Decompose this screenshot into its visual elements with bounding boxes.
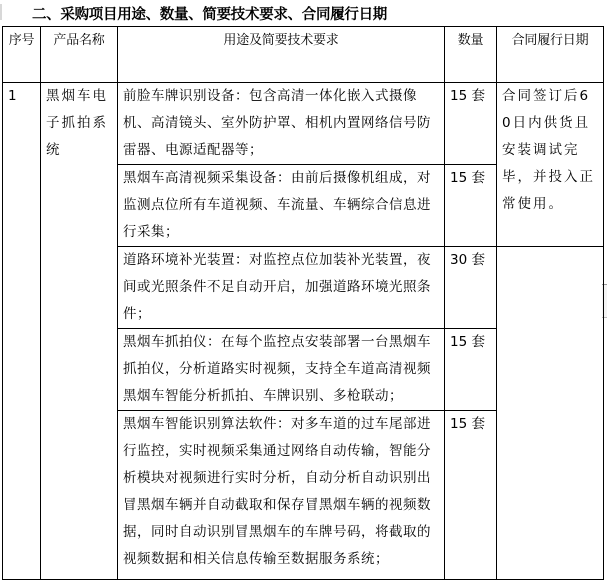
header-seq: 序号 bbox=[3, 27, 41, 83]
section-title: 二、采购项目用途、数量、简要技术要求、合同履行日期 bbox=[32, 3, 387, 24]
cell-usage: 道路环境补光装置：对监控点位加装补光装置，夜间或光照条件不足自动开启，加强道路环… bbox=[118, 247, 445, 329]
header-quantity: 数量 bbox=[445, 27, 497, 83]
cell-product-name: 黑烟车电子抓拍系统 bbox=[41, 83, 118, 580]
cell-usage: 黑烟车高清视频采集设备：由前后摄像机组成，对监测点位所有车道视频、车流量、车辆综… bbox=[118, 165, 445, 247]
cell-seq: 1 bbox=[3, 83, 41, 580]
procurement-table: 序号 产品名称 用途及简要技术要求 数量 合同履行日期 1 黑烟车电子抓拍系统 … bbox=[2, 26, 604, 580]
cell-quantity: 15 套 bbox=[445, 329, 497, 411]
cell-usage: 黑烟车智能识别算法软件：对多车道的过车尾部进行监控，实时视频采集通过网络自动传输… bbox=[118, 411, 445, 580]
cell-contract-date-continued bbox=[497, 247, 604, 580]
table-row: 1 黑烟车电子抓拍系统 前脸车牌识别设备：包含高清一体化嵌入式摄像机、高清镜头、… bbox=[3, 83, 604, 165]
cell-usage: 前脸车牌识别设备：包含高清一体化嵌入式摄像机、高清镜头、室外防护罩、相机内置网络… bbox=[118, 83, 445, 165]
cell-quantity: 15 套 bbox=[445, 165, 497, 247]
cell-usage: 黑烟车抓拍仪：在每个监控点安装部署一台黑烟车抓拍仪，分析道路实时视频，支持全车道… bbox=[118, 329, 445, 411]
margin-marker bbox=[0, 4, 2, 20]
header-product-name: 产品名称 bbox=[41, 27, 118, 83]
header-usage: 用途及简要技术要求 bbox=[118, 27, 445, 83]
cell-quantity: 15 套 bbox=[445, 411, 497, 580]
cell-quantity: 30 套 bbox=[445, 247, 497, 329]
cell-quantity: 15 套 bbox=[445, 83, 497, 165]
cell-contract-date: 合同签订后60日内供货且安装调试完毕，并投入正常使用。 bbox=[497, 83, 604, 247]
header-contract-date: 合同履行日期 bbox=[497, 27, 604, 83]
table-header-row: 序号 产品名称 用途及简要技术要求 数量 合同履行日期 bbox=[3, 27, 604, 83]
